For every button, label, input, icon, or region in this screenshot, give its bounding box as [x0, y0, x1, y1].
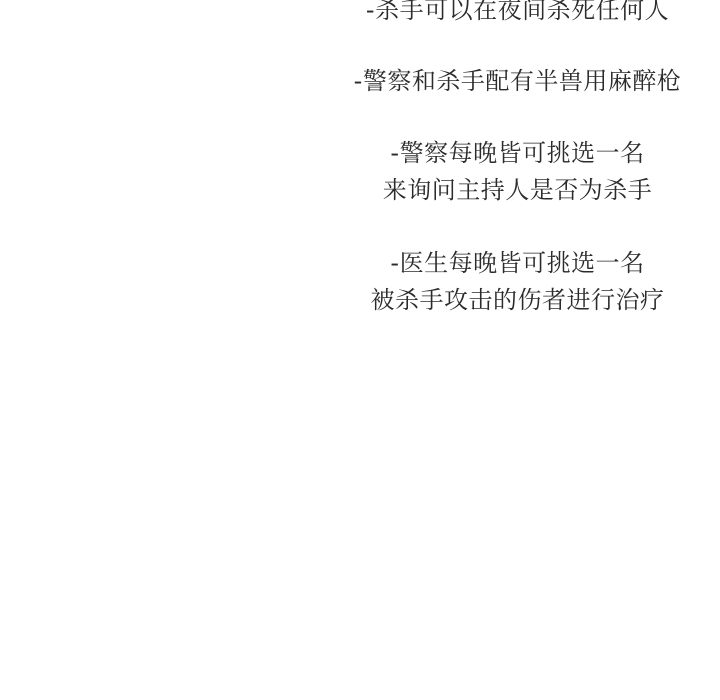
rule-killer-night: -杀手可以在夜间杀死任何人 [330, 0, 705, 29]
rule-text-line: 来询问主持人是否为杀手 [330, 172, 705, 209]
rule-text-line: -警察和杀手配有半兽用麻醉枪 [330, 63, 705, 100]
rule-text-line: -警察每晚皆可挑选一名 [330, 135, 705, 172]
comic-panel: -杀手可以在夜间杀死任何人 -警察和杀手配有半兽用麻醉枪 -警察每晚皆可挑选一名… [0, 0, 720, 700]
rule-text-line: -医生每晚皆可挑选一名 [330, 245, 705, 282]
rule-doctor-heal: -医生每晚皆可挑选一名 被杀手攻击的伤者进行治疗 [330, 245, 705, 319]
rule-tranquilizer-gun: -警察和杀手配有半兽用麻醉枪 [330, 63, 705, 100]
rule-text-line: 被杀手攻击的伤者进行治疗 [330, 282, 705, 319]
rule-police-inquiry: -警察每晚皆可挑选一名 来询问主持人是否为杀手 [330, 135, 705, 209]
rule-text-line: -杀手可以在夜间杀死任何人 [330, 0, 705, 29]
